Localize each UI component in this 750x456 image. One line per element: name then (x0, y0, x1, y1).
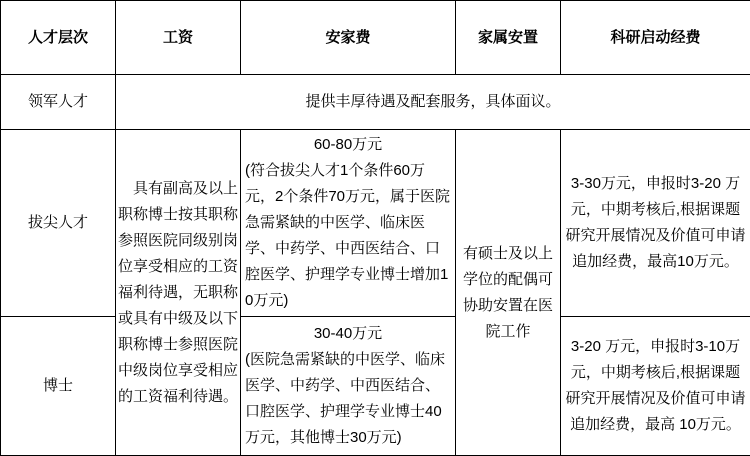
cell-salary-note: 具有副高及以上职称博士按其职称参照医院同级别岗位享受相应的工资福利待遇，无职称或… (116, 130, 241, 456)
header-salary: 工资 (116, 1, 241, 75)
settling-amount-top-talent: 60-80万元 (245, 132, 451, 158)
settling-amount-phd: 30-40万元 (245, 321, 451, 347)
header-settling-allowance: 安家费 (241, 1, 456, 75)
cell-family-placement-note: 有硕士及以上学位的配偶可协助安置在医院工作 (456, 130, 561, 456)
talent-benefits-page: 人才层次 工资 安家费 家属安置 科研启动经费 领军人才 提供丰厚待遇及配套服务… (0, 0, 750, 452)
header-row: 人才层次 工资 安家费 家属安置 科研启动经费 (1, 1, 750, 75)
cell-level-phd: 博士 (1, 317, 116, 456)
header-family-placement: 家属安置 (456, 1, 561, 75)
cell-settling-top-talent: 60-80万元 (符合拔尖人才1个条件60万元，2个条件70万元，属于医院急需紧… (241, 130, 456, 317)
cell-leading-talent-offer: 提供丰厚待遇及配套服务，具体面议。 (116, 75, 750, 130)
header-research-startup-fund: 科研启动经费 (561, 1, 750, 75)
settling-note-top-talent: (符合拔尖人才1个条件60万元，2个条件70万元，属于医院急需紧缺的中医学、临床… (245, 158, 451, 314)
cell-level-leading-talent: 领军人才 (1, 75, 116, 130)
header-talent-level: 人才层次 (1, 1, 116, 75)
row-phd: 博士 30-40万元 (医院急需紧缺的中医学、临床医学、中药学、中西医结合、口腔… (1, 317, 750, 456)
cell-research-fund-top-talent: 3-30万元，申报时3-20 万元，中期考核后,根据课题研究开展情况及价值可申请… (561, 130, 750, 317)
row-top-talent: 拔尖人才 具有副高及以上职称博士按其职称参照医院同级别岗位享受相应的工资福利待遇… (1, 130, 750, 317)
cell-level-top-talent: 拔尖人才 (1, 130, 116, 317)
cell-settling-phd: 30-40万元 (医院急需紧缺的中医学、临床医学、中药学、中西医结合、口腔医学、… (241, 317, 456, 456)
cell-research-fund-phd: 3-20 万元，申报时3-10万元，中期考核后,根据课题研究开展情况及价值可申请… (561, 317, 750, 456)
row-leading-talent: 领军人才 提供丰厚待遇及配套服务，具体面议。 (1, 75, 750, 130)
talent-benefits-table: 人才层次 工资 安家费 家属安置 科研启动经费 领军人才 提供丰厚待遇及配套服务… (0, 0, 750, 456)
settling-note-phd: (医院急需紧缺的中医学、临床医学、中药学、中西医结合、口腔医学、护理学专业博士4… (245, 347, 451, 451)
